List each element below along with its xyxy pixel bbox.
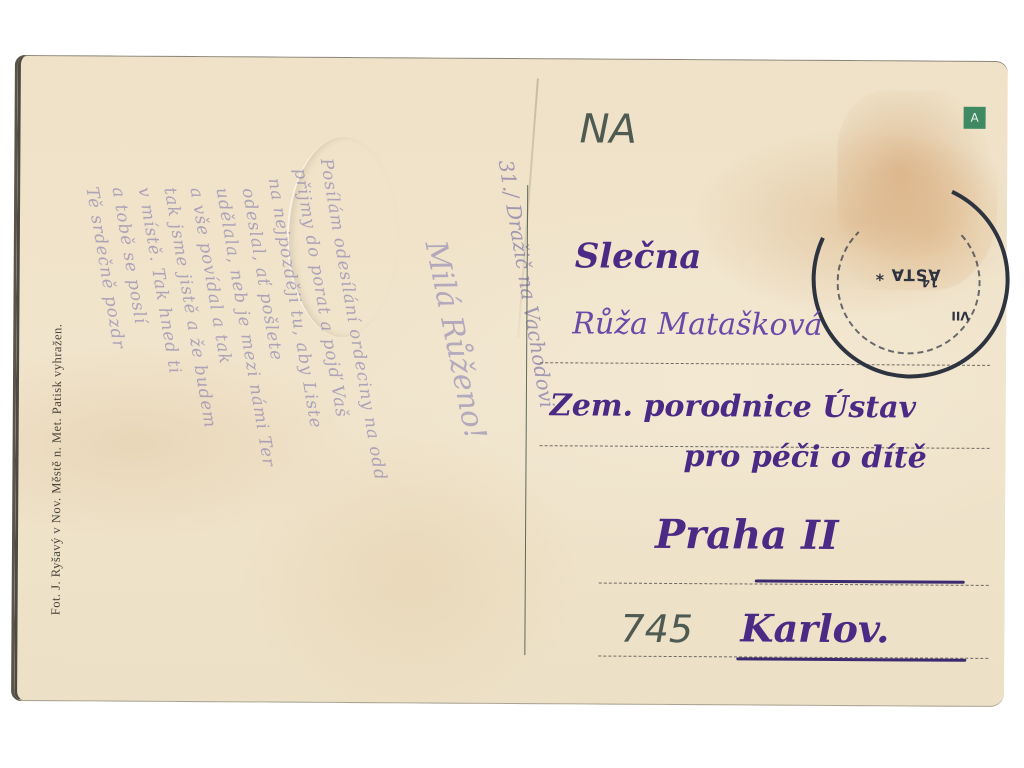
postmark-date: 14 bbox=[922, 276, 939, 290]
address-district: Karlov. bbox=[740, 605, 889, 651]
district-underline bbox=[736, 657, 966, 661]
handwritten-message: Tě srdečně pozdr a tobě se poslí v místě… bbox=[74, 145, 517, 688]
pencil-mark-na: NA bbox=[579, 106, 637, 152]
address-title: Slečna bbox=[575, 236, 702, 277]
address-line-2: pro péči o dítě bbox=[683, 439, 926, 475]
address-name: Růža Matašková bbox=[572, 306, 822, 343]
stamp-corner-icon: A bbox=[964, 107, 986, 129]
publisher-imprint: Fot. J. Ryšavý v Nov. Městě n. Met. Pati… bbox=[49, 323, 66, 615]
address-city: Praha II bbox=[655, 511, 839, 559]
pencil-number: 745 bbox=[620, 607, 693, 651]
postmark-month: VII bbox=[951, 309, 969, 323]
message-salutation: Milá Růženo! bbox=[418, 238, 493, 443]
address-line-1: Zem. porodnice Ústav bbox=[550, 388, 916, 425]
postcard: Fot. J. Ryšavý v Nov. Městě n. Met. Pati… bbox=[14, 55, 1008, 707]
